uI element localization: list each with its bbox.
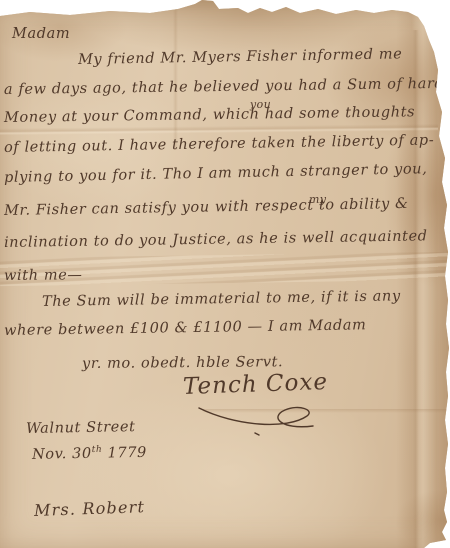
letter-paper: Madam My friend Mr. Myers Fisher informe… (0, 0, 450, 548)
letter-scan: Madam My friend Mr. Myers Fisher informe… (0, 0, 450, 548)
letter-line: of letting out. I have therefore taken t… (4, 132, 435, 156)
date-year: 1779 (107, 445, 147, 462)
letter-line: where between £100 & £1100 — I am Madam (4, 317, 367, 339)
letter-line: inclination to do you Justice, as he is … (4, 228, 428, 251)
date-line: Nov. 30th 1779 (32, 444, 147, 463)
letter-line: with me— (4, 267, 83, 284)
complimentary-closing: yr. mo. obedt. hble Servt. (82, 354, 283, 372)
letter-line: The Sum will be immaterial to me, if it … (42, 288, 401, 310)
fold-crease-vertical-left (173, 0, 178, 150)
date-prefix: Nov. 30 (32, 446, 92, 463)
signature-flourish (195, 402, 325, 436)
letter-line: My friend Mr. Myers Fisher informed me (78, 46, 403, 68)
signature: Tench Coxe (183, 369, 329, 400)
letter-line: plying to you for it. Tho I am much a st… (4, 161, 428, 186)
letter-line: Mr. Fisher can satisfy you with respect … (4, 196, 409, 219)
salutation: Madam (12, 26, 70, 42)
recipient-name: Mrs. Robert (34, 497, 146, 520)
letter-line: a few days ago, that he believed you had… (4, 76, 445, 98)
address-line: Walnut Street (26, 419, 136, 437)
letter-line: Money at your Command, which had some th… (4, 104, 415, 126)
date-ordinal-superscript: th (92, 445, 103, 455)
